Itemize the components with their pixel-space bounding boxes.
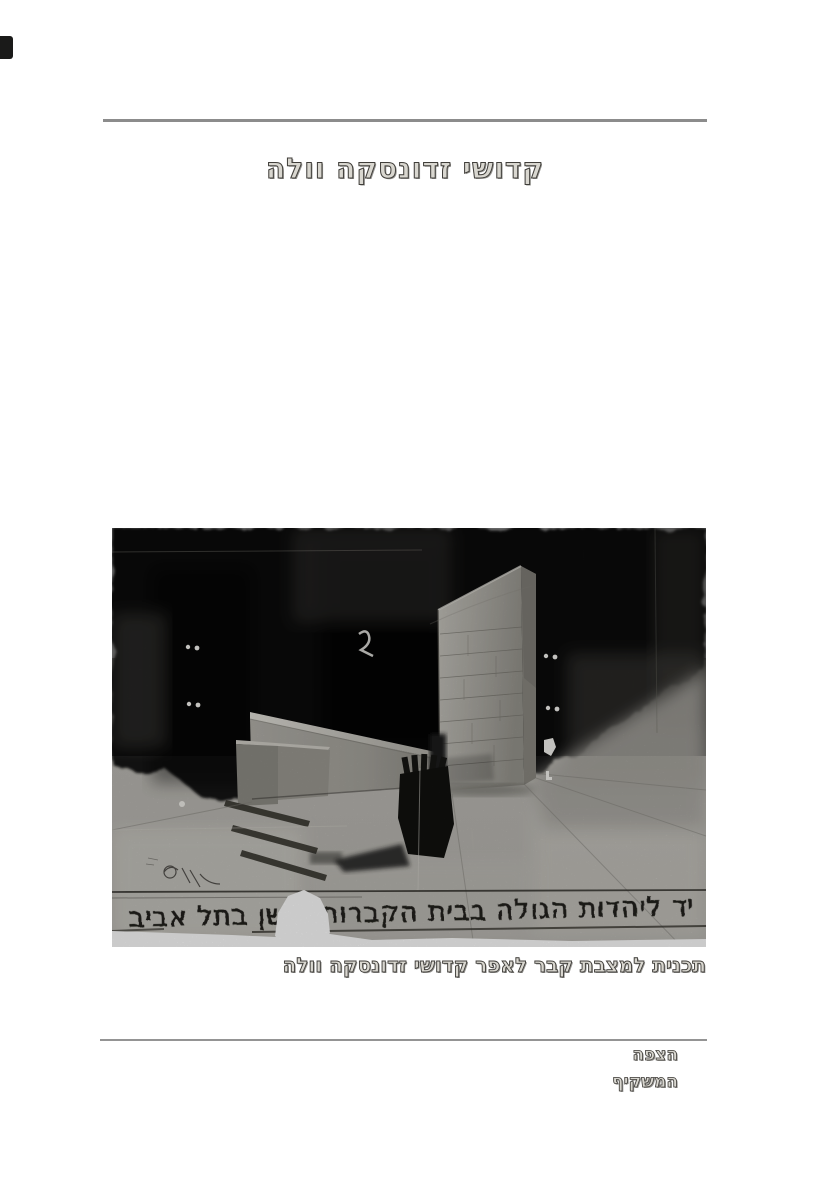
source-secondary: המשקיף [612, 1072, 678, 1092]
scan-edge-artifact [0, 36, 13, 59]
top-rule [103, 119, 707, 122]
grain-overlay-light [112, 528, 706, 947]
scanned-book-page: { "page": { "title": "קדושי זדונסקה וולה… [0, 0, 816, 1198]
figure-caption: תכנית למצבת קבר לאפר קדושי זדונסקה וולה [283, 953, 706, 977]
source-list: הצפה המשקיף [612, 1045, 678, 1099]
bottom-rule [100, 1039, 707, 1041]
page-title: קדושי זדונסקה וולה [103, 152, 707, 185]
source-primary: הצפה [612, 1045, 678, 1065]
figure-monument-sketch: יד ליהדות הגולה בבית הקברות הישן בתל אבי… [112, 528, 706, 947]
monument-sketch-svg: יד ליהדות הגולה בבית הקברות הישן בתל אבי… [112, 528, 706, 947]
